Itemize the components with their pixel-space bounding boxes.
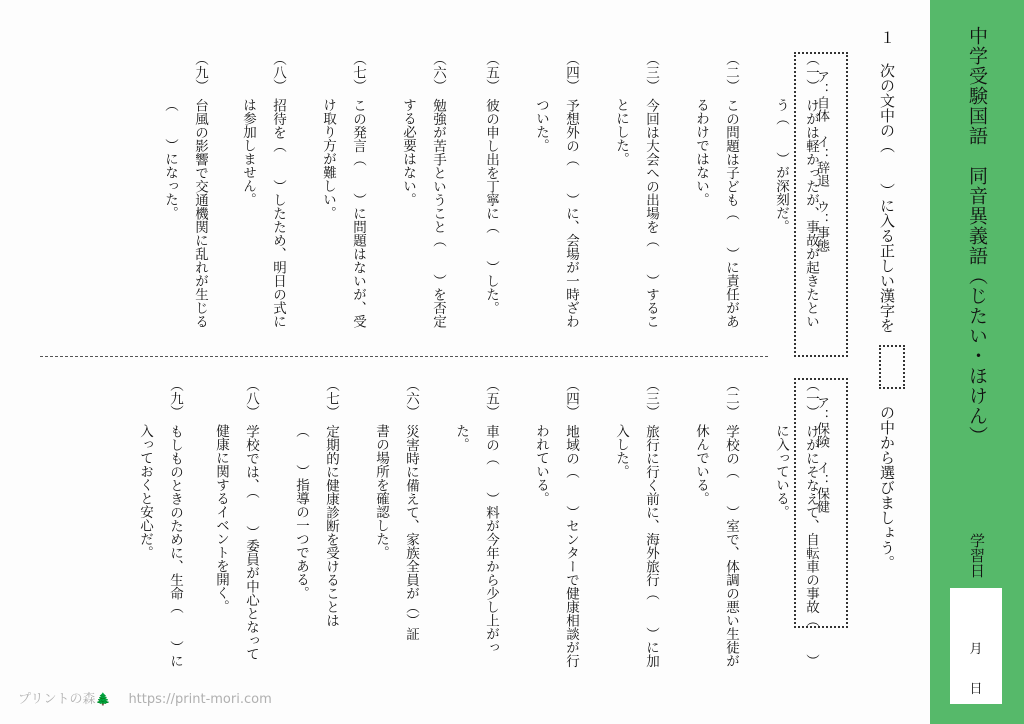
instruction-text-after: の中から選びましょう。 — [878, 405, 896, 570]
instruction-text-before: 次の文中の（ ）に入る正しい漢字を — [878, 63, 896, 333]
worksheet-title: 中学受験国語 同音異義語（じたい・ほけん） — [930, 26, 1024, 426]
question-4: （四）地域の（ ）センターで健康相談が行われている。 — [526, 378, 586, 678]
question-8: （八）招待を（ ）したため、明日の式には参加しません。 — [233, 52, 293, 352]
site-url-link[interactable]: https://print-mori.com — [128, 692, 271, 707]
study-date-box: 月 日 — [950, 588, 1002, 704]
question-6: （六）勉強が苦手ということ（ ）を否定する必要はない。 — [393, 52, 453, 352]
question-1: （一）けがは軽かったが、事故が起きたという（ ）が深刻だ。 — [766, 52, 826, 352]
question-9: （九）もしものときのために、生命（ ）に入っておくと安心だ。 — [130, 378, 190, 678]
question-3: （三）旅行に行く前に、海外旅行（ ）に加入した。 — [606, 378, 666, 678]
question-2: （二）学校の（ ）室で、体調の悪い生徒が休んでいる。 — [686, 378, 746, 678]
question-7: （七）定期的に健康診断を受けることは（ ）指導の一つである。 — [286, 378, 346, 678]
question-2: （二）この問題は子ども（ ）に責任があるわけではない。 — [686, 52, 746, 352]
tree-icon: 🌲 — [95, 692, 110, 706]
instruction: １次の文中の（ ）に入る正しい漢字をの中から選びましょう。 — [872, 30, 905, 650]
problem-number: １ — [872, 30, 902, 45]
footer: プリントの森🌲https://print-mori.com — [18, 688, 272, 707]
question-4: （四）予想外の（ ）に、会場が一時ざわついた。 — [526, 52, 586, 352]
month-label: 月 — [950, 638, 1002, 657]
question-3: （三）今回は大会への出場を（ ）することにした。 — [606, 52, 666, 352]
site-name: プリントの森 — [18, 692, 95, 707]
study-date-label: 学習日 — [930, 533, 1024, 578]
question-5: （五）彼の申し出を丁寧に（ ）した。 — [476, 52, 506, 352]
question-9: （九）台風の影響で交通機関に乱れが生じる（ ）になった。 — [155, 52, 215, 352]
question-1: （一）けがにそなえて、自転車の事故（ ）に入っている。 — [766, 378, 826, 678]
section-hoken: （一）けがにそなえて、自転車の事故（ ）に入っている。 （二）学校の（ ）室で、… — [76, 378, 826, 678]
question-7: （七）この発言（ ）に問題はないが、受け取り方が難しい。 — [313, 52, 373, 352]
question-5: （五）車の（ ）料が今年から少し上がった。 — [446, 378, 506, 678]
question-8: （八）学校では、（ ）委員が中心となって健康に関するイベントを開く。 — [206, 378, 266, 678]
day-label: 日 — [950, 678, 1002, 697]
choice-box-reference — [879, 345, 905, 389]
question-6: （六）災害時に備えて、家族全員が（）証書の場所を確認した。 — [366, 378, 426, 678]
section-jitai: （一）けがは軽かったが、事故が起きたという（ ）が深刻だ。 （二）この問題は子ど… — [76, 52, 826, 352]
section-divider — [40, 356, 768, 357]
